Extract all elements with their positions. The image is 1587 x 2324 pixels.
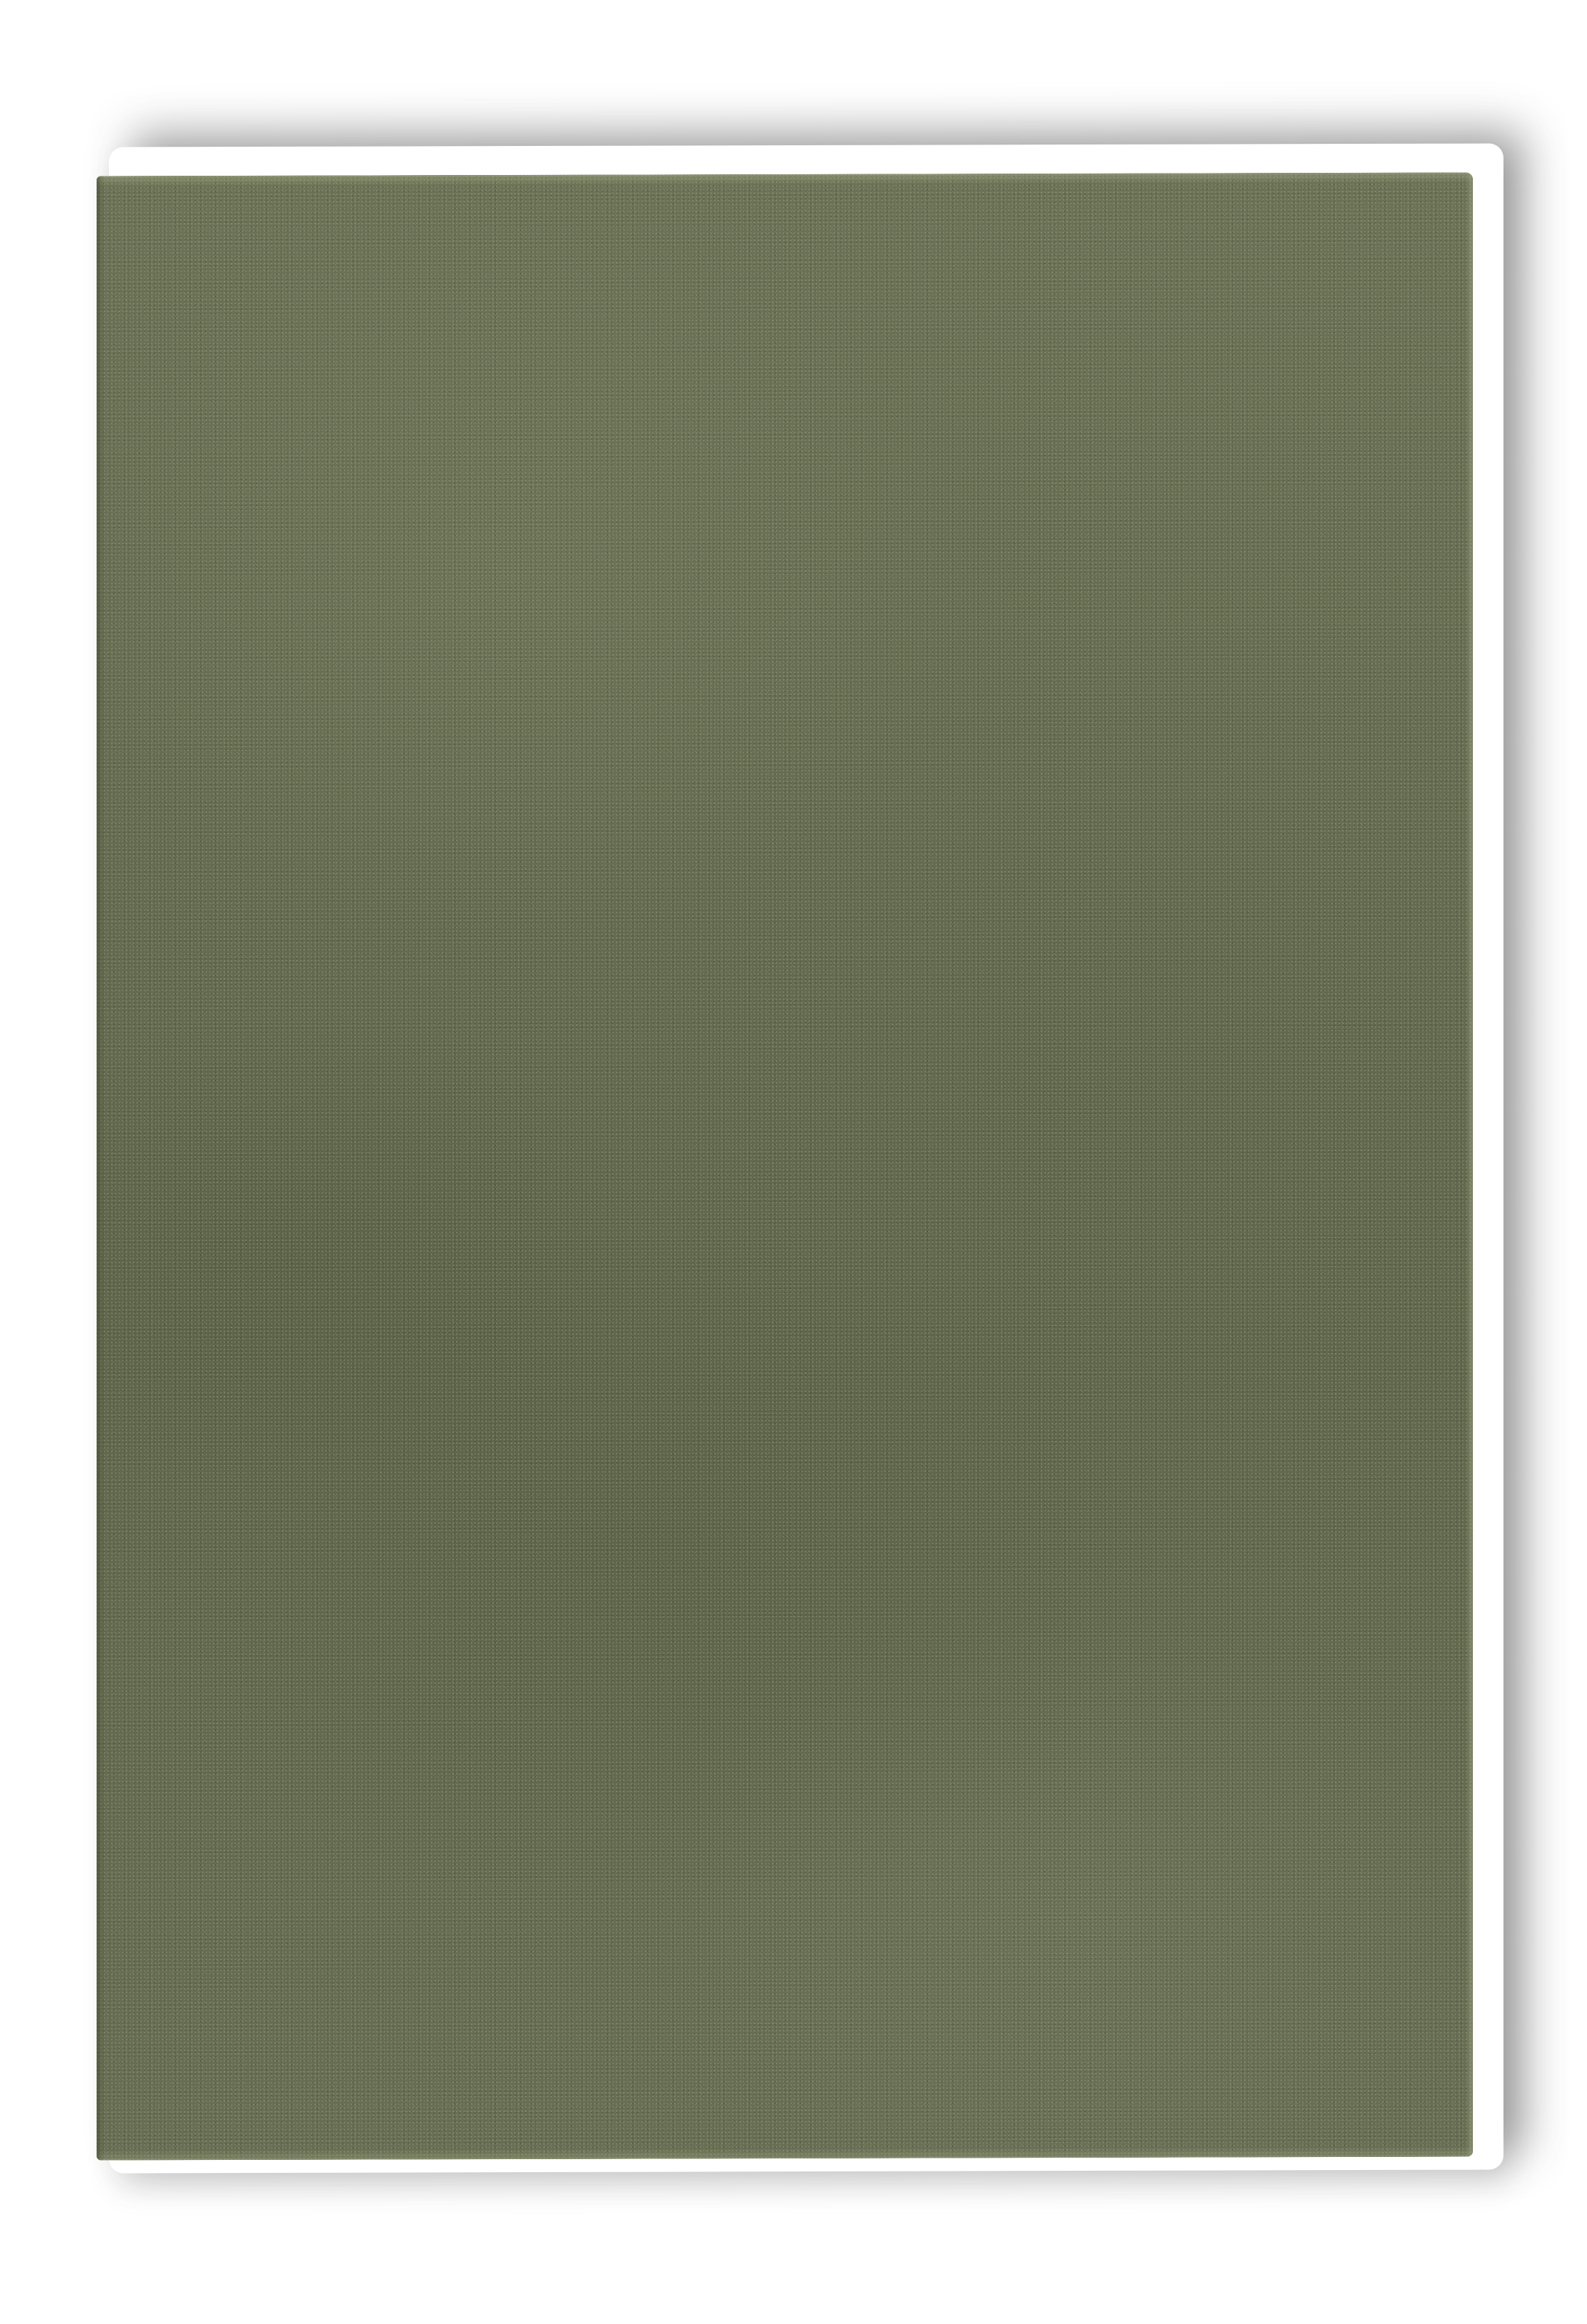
rug-edge-right: [1466, 173, 1473, 2157]
rug-edge-left: [97, 176, 104, 2160]
product-photo-stage: Solid green low-pile rectangular rug, to…: [0, 0, 1587, 2324]
rug-pile-texture: [97, 173, 1473, 2161]
green-rug: [97, 173, 1473, 2161]
